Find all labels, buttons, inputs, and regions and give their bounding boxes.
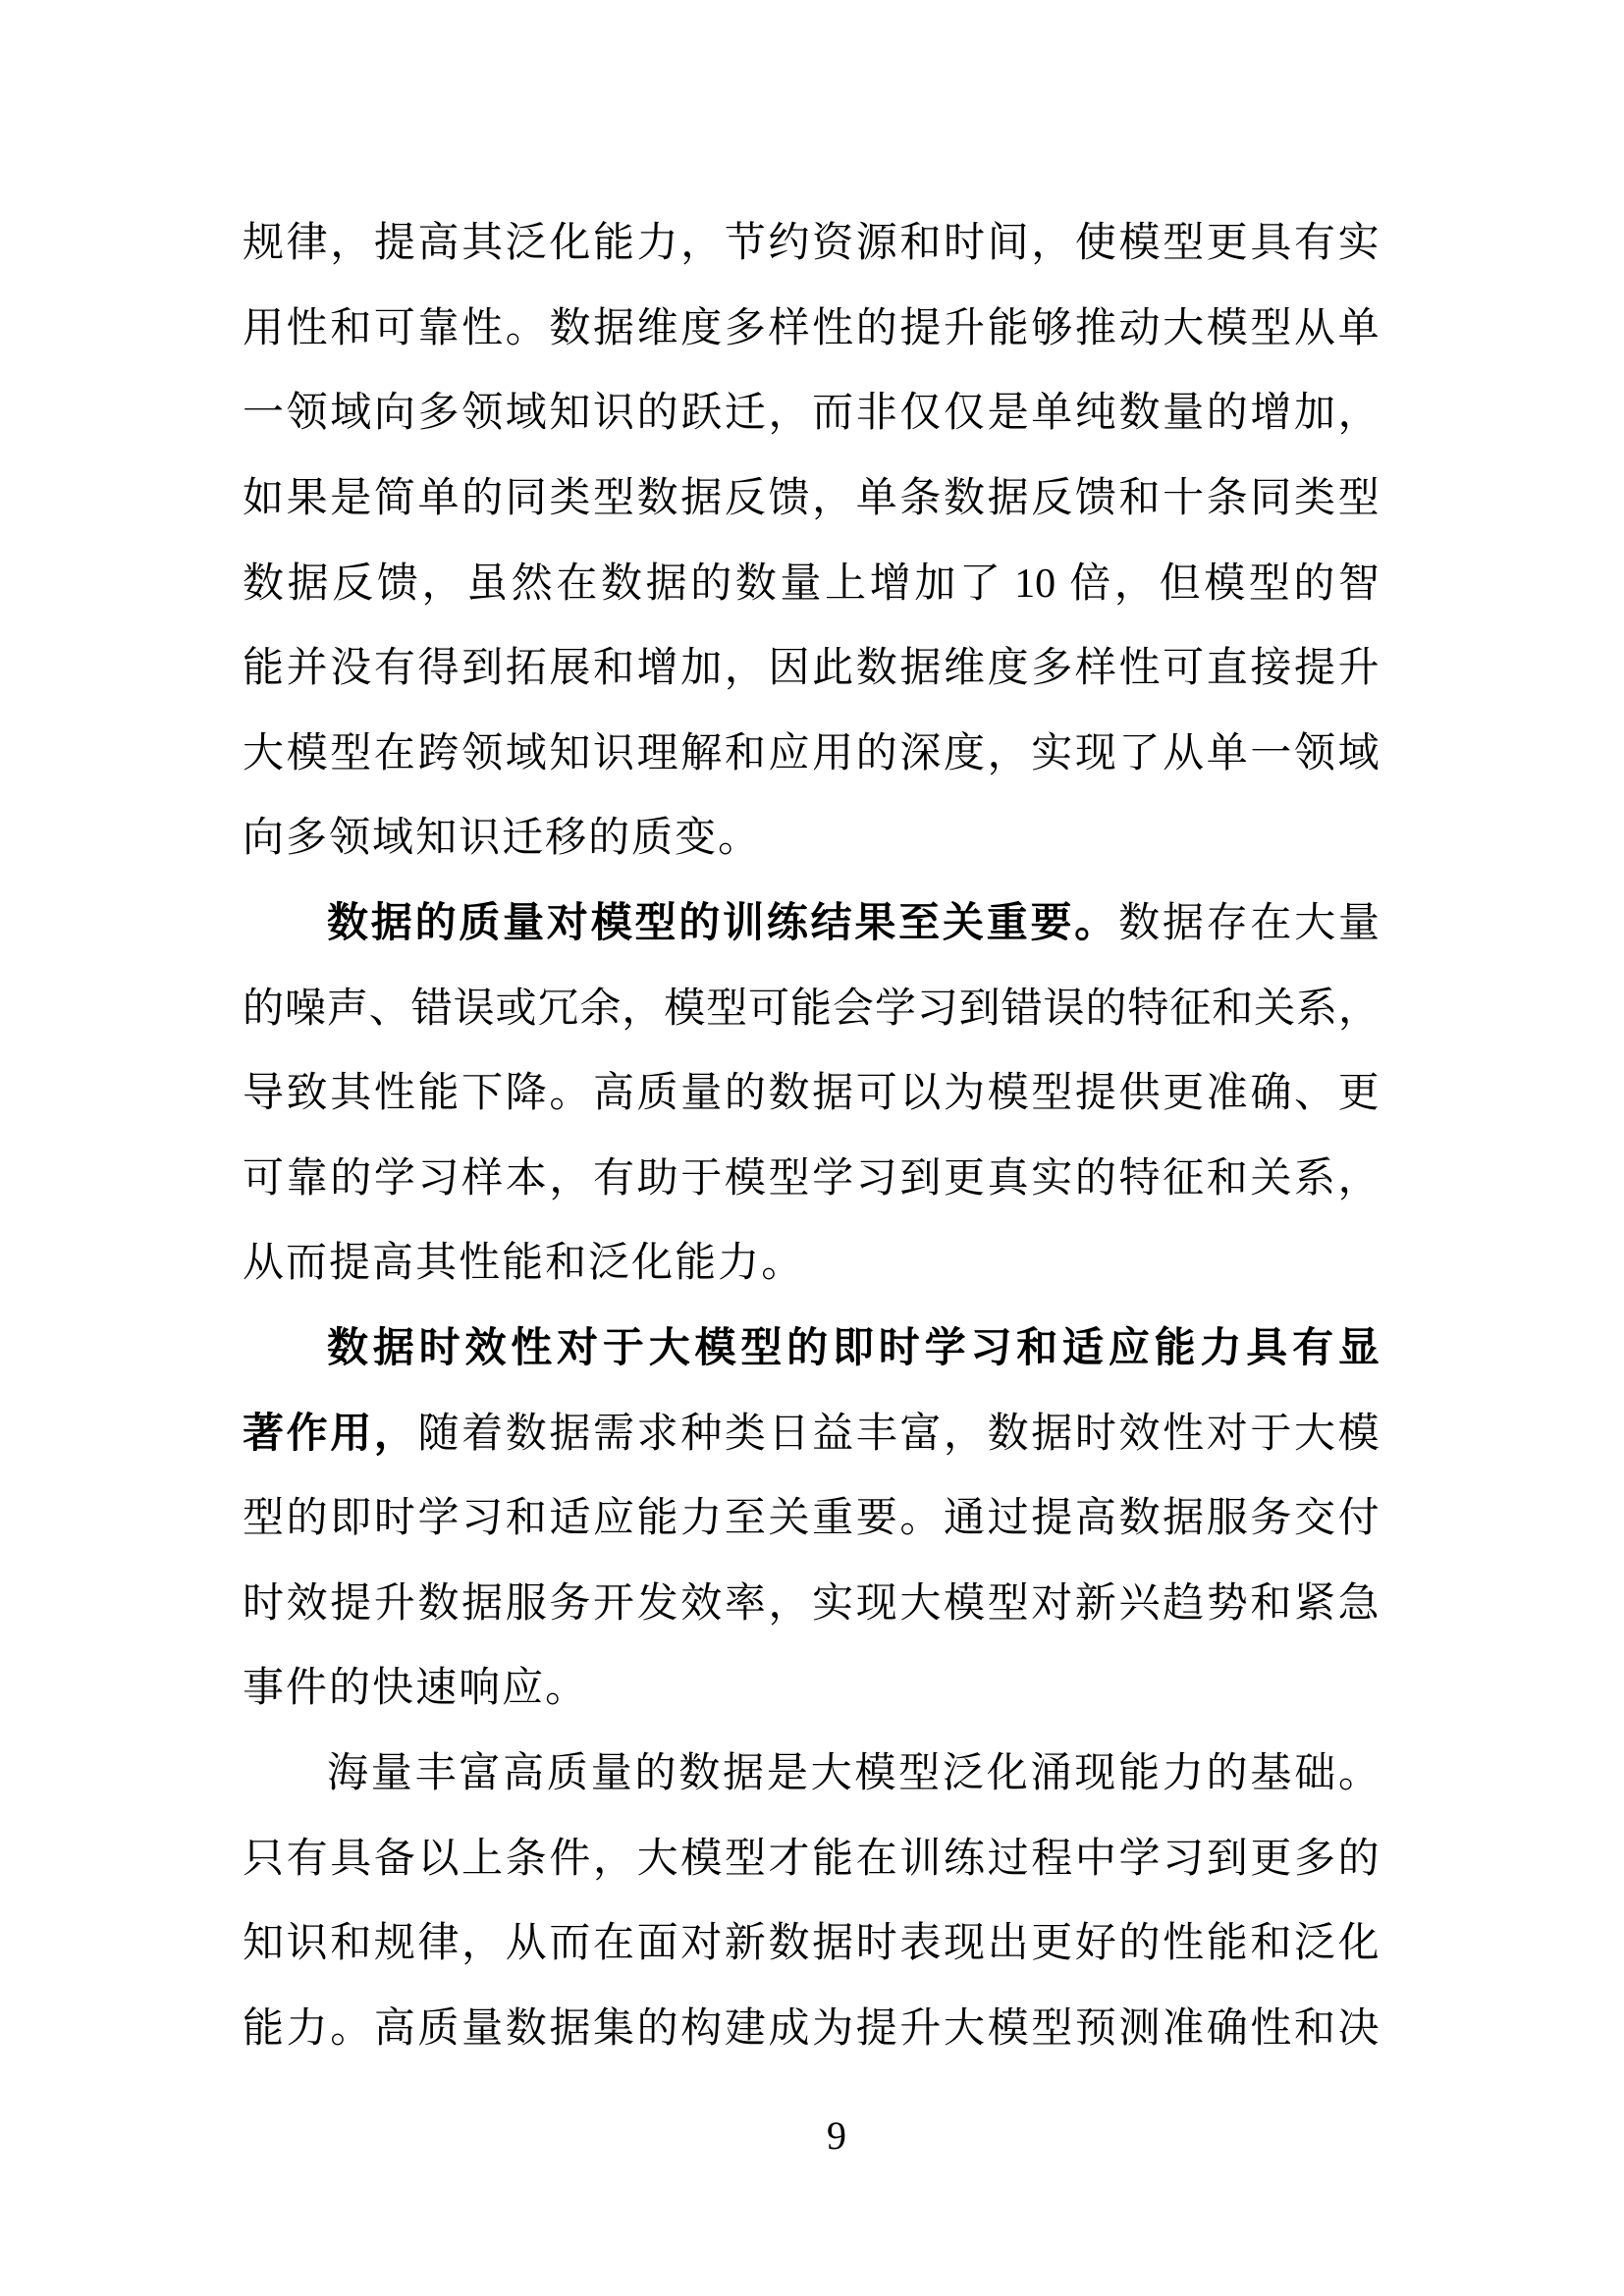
glyph: 质	[547, 1753, 588, 1794]
glyph: 维	[637, 308, 678, 349]
glyph: 练	[767, 903, 808, 944]
glyph: 更	[944, 1158, 985, 1200]
glyph: 据	[988, 478, 1029, 519]
glyph: 益	[812, 1414, 853, 1455]
glyph: 约	[769, 223, 810, 264]
glyph: 能	[637, 1498, 678, 1539]
glyph: 数	[549, 308, 590, 349]
glyph: 从	[243, 1243, 286, 1284]
glyph: 多	[286, 818, 329, 859]
glyph: 下	[461, 1073, 503, 1114]
glyph: 到	[899, 1158, 941, 1200]
text-line: 能力。高质量数据集的构建成为提升大模型预测准确性和决	[243, 1986, 1380, 2071]
glyph: 泛	[1294, 1923, 1335, 1964]
glyph: 提	[899, 308, 941, 349]
glyph: 域	[330, 393, 371, 434]
glyph: 础	[1294, 1753, 1335, 1794]
glyph: 余	[579, 988, 621, 1030]
glyph: 10	[1004, 563, 1066, 605]
glyph: 确	[1207, 2008, 1248, 2050]
glyph: 反	[725, 478, 766, 519]
text-line: 数据时效性对于大模型的即时学习和适应能力具有显	[243, 1307, 1380, 1392]
glyph: 同	[506, 478, 547, 519]
glyph: 的	[637, 2008, 678, 2050]
glyph: 的	[1207, 1753, 1248, 1794]
glyph: 数	[1119, 1498, 1161, 1539]
glyph: 数	[601, 563, 642, 605]
glyph: 急	[1338, 1583, 1380, 1625]
glyph: 兴	[1119, 1583, 1161, 1625]
glyph: 模	[1204, 563, 1245, 605]
glyph: 现	[1074, 1753, 1115, 1794]
glyph: 域	[506, 393, 547, 434]
glyph: ，	[769, 393, 810, 434]
glyph: 率	[725, 1583, 766, 1625]
text-line: 可靠的学习样本，有助于模型学习到更真实的特征和关系，	[243, 1137, 1380, 1222]
glyph: 而	[812, 393, 853, 434]
glyph: 出	[988, 1923, 1029, 1964]
glyph: 趋	[1163, 1583, 1204, 1625]
glyph: 上	[461, 1839, 503, 1880]
glyph: 、	[369, 988, 410, 1030]
glyph: 迁	[725, 393, 766, 434]
glyph: 上	[825, 563, 866, 605]
glyph: 跃	[680, 393, 722, 434]
glyph: 模	[988, 1073, 1029, 1114]
glyph: 并	[287, 648, 328, 689]
glyph: 适	[549, 1498, 590, 1539]
glyph: 源	[856, 223, 897, 264]
text-line: 规律，提高其泛化能力，节约资源和时间，使模型更具有实	[243, 201, 1380, 287]
glyph: 模	[854, 1753, 895, 1794]
glyph: 时	[944, 223, 985, 264]
glyph: 大	[899, 1583, 941, 1625]
glyph: 展	[549, 648, 590, 689]
glyph: 提	[330, 1583, 371, 1625]
text-line: 能并没有得到拓展和增加，因此数据维度多样性可直接提升	[243, 626, 1380, 712]
glyph: 动	[1119, 308, 1161, 349]
glyph: 训	[723, 903, 764, 944]
glyph: 纯	[1075, 393, 1116, 434]
text-line: 著作用，随着数据需求种类日益丰富，数据时效性对于大模	[243, 1391, 1380, 1476]
glyph: 型	[706, 988, 747, 1030]
glyph: 到	[959, 988, 1001, 1030]
glyph: 响	[459, 1668, 502, 1709]
glyph: ，	[1338, 393, 1380, 434]
glyph: ，	[461, 1923, 503, 1964]
glyph: 规	[374, 1923, 415, 1964]
glyph: 现	[1075, 733, 1116, 774]
glyph: 成	[769, 2008, 810, 2050]
glyph: 高	[593, 1073, 634, 1114]
glyph: 升	[374, 1583, 415, 1625]
glyph: 效	[1119, 1414, 1161, 1455]
glyph: 更	[1163, 1073, 1204, 1114]
glyph: 具	[1250, 223, 1291, 264]
glyph: 样	[769, 308, 810, 349]
glyph: 领	[1294, 733, 1335, 774]
glyph: 有	[1294, 223, 1335, 264]
glyph: 具	[1246, 1328, 1287, 1369]
glyph: 性	[1163, 1414, 1204, 1455]
glyph: 要	[1031, 903, 1072, 944]
glyph: 征	[1169, 988, 1211, 1030]
glyph: 对	[557, 1328, 598, 1369]
glyph: 只	[243, 1839, 284, 1880]
glyph: 富	[899, 1414, 941, 1455]
glyph: 高	[418, 223, 460, 264]
text-line: 事件的快速响应。	[243, 1646, 1380, 1732]
glyph: 数	[506, 2008, 547, 2050]
glyph: 数	[944, 478, 985, 519]
glyph: 服	[506, 1583, 547, 1625]
glyph: 据	[680, 478, 722, 519]
glyph: 付	[1338, 1498, 1380, 1539]
glyph: 势	[1207, 1583, 1248, 1625]
glyph: 过	[988, 1498, 1029, 1539]
glyph: 加	[914, 563, 955, 605]
glyph: ，	[680, 223, 722, 264]
glyph: 一	[243, 393, 284, 434]
glyph: 质	[418, 2008, 460, 2050]
glyph: 泛	[506, 223, 547, 264]
glyph: 在	[556, 563, 597, 605]
glyph: 条	[506, 1839, 547, 1880]
glyph: 据	[549, 2008, 590, 2050]
glyph: ，	[944, 1414, 985, 1455]
glyph: 更	[1031, 1923, 1072, 1964]
glyph: 类	[725, 1414, 766, 1455]
glyph: 时	[1075, 1414, 1116, 1455]
glyph: 种	[680, 1414, 722, 1455]
glyph: 预	[1075, 2008, 1116, 2050]
glyph: 其	[461, 223, 503, 264]
glyph: 效	[680, 1583, 722, 1625]
glyph: 力	[1163, 1753, 1204, 1794]
glyph: 至	[898, 903, 940, 944]
glyph: 的	[415, 903, 457, 944]
glyph: 领	[461, 733, 503, 774]
glyph: 服	[1207, 1498, 1248, 1539]
glyph: 大	[944, 2008, 985, 2050]
glyph: ，	[374, 1414, 415, 1455]
glyph: ，	[988, 733, 1029, 774]
glyph: 和	[1119, 478, 1161, 519]
glyph: 于	[603, 1328, 644, 1369]
glyph: 特	[1119, 1158, 1161, 1200]
glyph: 模	[591, 903, 632, 944]
glyph: 单	[1338, 308, 1380, 349]
glyph: 知	[243, 1923, 284, 1964]
glyph: 丰	[856, 1414, 897, 1455]
glyph: 量	[591, 1753, 632, 1794]
glyph: 化	[987, 1753, 1028, 1794]
glyph: 数	[1119, 393, 1161, 434]
glyph: 单	[1207, 733, 1248, 774]
glyph: 样	[461, 1158, 503, 1200]
glyph: 非	[856, 393, 897, 434]
glyph: 性	[812, 308, 853, 349]
glyph: 即	[833, 1328, 874, 1369]
glyph: 求	[637, 1414, 678, 1455]
glyph: 度	[944, 733, 985, 774]
glyph: 训	[899, 1839, 941, 1880]
glyph: 型	[1031, 2008, 1072, 2050]
glyph: 了	[959, 563, 1001, 605]
glyph: 靠	[287, 1158, 328, 1200]
glyph: 理	[637, 733, 678, 774]
glyph: 力	[718, 1243, 761, 1284]
glyph: 模	[1338, 1414, 1380, 1455]
glyph: 型	[634, 903, 676, 944]
glyph: ，	[725, 648, 766, 689]
glyph: 。	[1074, 903, 1115, 944]
glyph: 大	[649, 1328, 690, 1369]
glyph: 征	[1163, 1158, 1204, 1200]
glyph: 型	[769, 1158, 810, 1200]
glyph: 型	[1250, 308, 1291, 349]
glyph: 至	[725, 1498, 766, 1539]
glyph: 的	[588, 818, 631, 859]
glyph: 数	[1118, 903, 1160, 944]
glyph: 数	[856, 648, 897, 689]
glyph: 加	[1294, 393, 1335, 434]
glyph: 能	[790, 988, 832, 1030]
glyph: 得	[418, 648, 460, 689]
glyph: 集	[593, 2008, 634, 2050]
glyph: 应	[769, 733, 810, 774]
glyph: 性	[287, 308, 328, 349]
glyph: 性	[1250, 2008, 1291, 2050]
glyph: 于	[1250, 1414, 1291, 1455]
glyph: 习	[1163, 1839, 1204, 1880]
glyph: 了	[1119, 733, 1161, 774]
glyph: 化	[1338, 1923, 1380, 1964]
glyph: 向	[374, 393, 415, 434]
document-page: 规律，提高其泛化能力，节约资源和时间，使模型更具有实用性和可靠性。数据维度多样性…	[0, 0, 1624, 2296]
glyph: 建	[725, 2008, 766, 2050]
glyph: 对	[1207, 1414, 1248, 1455]
glyph: 关	[1250, 1158, 1291, 1200]
glyph: 更	[1338, 1073, 1380, 1114]
glyph: 性	[461, 308, 503, 349]
glyph: 件	[549, 1839, 590, 1880]
glyph: 和	[1250, 1583, 1291, 1625]
glyph: 多	[418, 393, 460, 434]
glyph: 型	[1163, 223, 1204, 264]
glyph: 准	[1207, 1073, 1248, 1114]
glyph: 。	[330, 2008, 371, 2050]
glyph: 学	[925, 1328, 966, 1369]
text-line: 用性和可靠性。数据维度多样性的提升能够推动大模型从单	[243, 287, 1380, 372]
page-number: 9	[773, 2109, 900, 2163]
glyph: 但	[1159, 563, 1200, 605]
glyph: 在	[593, 1923, 634, 1964]
glyph: 习	[856, 1158, 897, 1200]
glyph: 据	[288, 563, 329, 605]
glyph: 变	[675, 818, 718, 859]
glyph: 高	[374, 2008, 415, 2050]
glyph: 提	[1075, 1073, 1116, 1114]
glyph: 噪	[285, 988, 326, 1030]
glyph: 习	[461, 1498, 503, 1539]
glyph: 现	[944, 1923, 985, 1964]
glyph: ，	[1031, 223, 1072, 264]
glyph: 降	[506, 1073, 547, 1114]
glyph: 模	[287, 733, 328, 774]
glyph: 发	[637, 1583, 678, 1625]
glyph: 模	[1207, 308, 1248, 349]
glyph: 升	[1338, 648, 1380, 689]
glyph: 领	[287, 393, 328, 434]
glyph: 到	[461, 648, 503, 689]
glyph: 件	[286, 1668, 329, 1709]
glyph: 靠	[418, 308, 460, 349]
glyph: 对	[1031, 1583, 1072, 1625]
glyph: 知	[549, 733, 590, 774]
glyph: 有	[1292, 1328, 1333, 1369]
glyph: 和	[545, 1243, 588, 1284]
glyph: 实	[1338, 223, 1380, 264]
glyph: 数	[418, 1583, 460, 1625]
glyph: 的	[287, 1498, 328, 1539]
glyph: ，	[549, 1158, 590, 1200]
glyph: 的	[243, 988, 284, 1030]
glyph: 是	[988, 393, 1029, 434]
glyph: 才	[769, 1839, 810, 1880]
glyph: 大	[1294, 903, 1335, 944]
glyph: 能	[502, 1243, 545, 1284]
glyph: 和	[899, 223, 941, 264]
glyph: 应	[1109, 1328, 1150, 1369]
glyph: 结	[811, 903, 852, 944]
glyph: 是	[767, 1753, 808, 1794]
glyph: 或	[496, 988, 537, 1030]
glyph: 能	[675, 1243, 718, 1284]
glyph: 倍	[1069, 563, 1110, 605]
glyph: 和	[1250, 1923, 1291, 1964]
glyph: 应	[593, 1498, 634, 1539]
glyph: 构	[680, 2008, 722, 2050]
glyph: 大	[637, 1839, 678, 1880]
glyph: 的	[856, 733, 897, 774]
glyph: 馈	[377, 563, 418, 605]
glyph: 随	[418, 1414, 460, 1455]
glyph: 识	[593, 733, 634, 774]
glyph: 到	[1207, 1839, 1248, 1880]
glyph: 解	[680, 733, 722, 774]
text-line: 海量丰富高质量的数据是大模型泛化涌现能力的基础。	[243, 1732, 1380, 1817]
glyph: 备	[374, 1839, 415, 1880]
glyph: 和	[506, 1498, 547, 1539]
glyph: 的	[461, 478, 503, 519]
glyph: 性	[1119, 648, 1161, 689]
glyph: 。	[545, 1668, 588, 1709]
glyph: 数	[769, 1923, 810, 1964]
glyph: 大	[811, 1753, 852, 1794]
glyph: 类	[1294, 478, 1335, 519]
glyph: 力	[637, 223, 678, 264]
glyph: 供	[1119, 1073, 1161, 1114]
glyph: 据	[723, 1753, 764, 1794]
glyph: 型	[243, 1498, 284, 1539]
text-line: 知识和规律，从而在面对新数据时表现出更好的性能和泛化	[243, 1901, 1380, 1987]
glyph: 的	[786, 1328, 828, 1369]
glyph: 据	[646, 563, 687, 605]
glyph: 数	[988, 1414, 1029, 1455]
glyph: 模	[725, 1158, 766, 1200]
glyph: 而	[286, 1243, 329, 1284]
glyph: 升	[899, 2008, 941, 2050]
glyph: 仅	[899, 393, 941, 434]
glyph: 事	[243, 1668, 286, 1709]
glyph: 和	[1294, 2008, 1335, 2050]
glyph: 涌	[1031, 1753, 1072, 1794]
glyph: 十	[1163, 478, 1204, 519]
glyph: 因	[769, 648, 810, 689]
glyph: 据	[373, 1328, 414, 1369]
glyph: 模	[680, 1839, 722, 1880]
glyph: 重	[987, 903, 1028, 944]
glyph: 时	[374, 1498, 415, 1539]
glyph: 和	[725, 733, 766, 774]
glyph: 。	[761, 1243, 804, 1284]
glyph: 推	[1075, 308, 1116, 349]
glyph: 知	[415, 818, 459, 859]
glyph: 量	[503, 903, 544, 944]
glyph: 著	[243, 1414, 284, 1455]
glyph: 同	[1250, 478, 1291, 519]
glyph: 据	[1163, 1498, 1204, 1539]
glyph: 和	[1207, 1158, 1248, 1200]
glyph: 化	[549, 223, 590, 264]
glyph: 量	[680, 1073, 722, 1114]
glyph: 的	[1293, 563, 1334, 605]
glyph: 测	[1119, 2008, 1161, 2050]
glyph: 面	[637, 1923, 678, 1964]
glyph: 质	[631, 818, 675, 859]
glyph: 简	[374, 478, 415, 519]
text-line: 从而提高其性能和泛化能力。	[243, 1221, 1380, 1307]
glyph: 型	[898, 1753, 940, 1794]
glyph: 效	[287, 1583, 328, 1625]
glyph: 错	[411, 988, 453, 1030]
glyph: ，	[622, 988, 663, 1030]
glyph: 的	[856, 308, 897, 349]
glyph: 的	[1119, 1923, 1161, 1964]
glyph: 型	[593, 478, 634, 519]
glyph: 有	[374, 648, 415, 689]
glyph: 务	[1250, 1498, 1291, 1539]
glyph: 质	[637, 1073, 678, 1114]
text-line: 如果是简单的同类型数据反馈，单条数据反馈和十条同类型	[243, 456, 1380, 542]
glyph: 声	[327, 988, 368, 1030]
glyph: 度	[988, 648, 1029, 689]
glyph: 律	[287, 223, 328, 264]
glyph: 开	[593, 1583, 634, 1625]
glyph: 快	[372, 1668, 415, 1709]
glyph: 馈	[769, 478, 810, 519]
glyph: 律	[418, 1923, 460, 1964]
glyph: 据	[549, 1414, 590, 1455]
glyph: 型	[725, 1839, 766, 1880]
glyph: 接	[1250, 648, 1291, 689]
glyph: 模	[944, 1583, 985, 1625]
glyph: 拓	[506, 648, 547, 689]
glyph: 单	[418, 478, 460, 519]
glyph: 富	[459, 1753, 500, 1794]
glyph: 量	[781, 563, 822, 605]
